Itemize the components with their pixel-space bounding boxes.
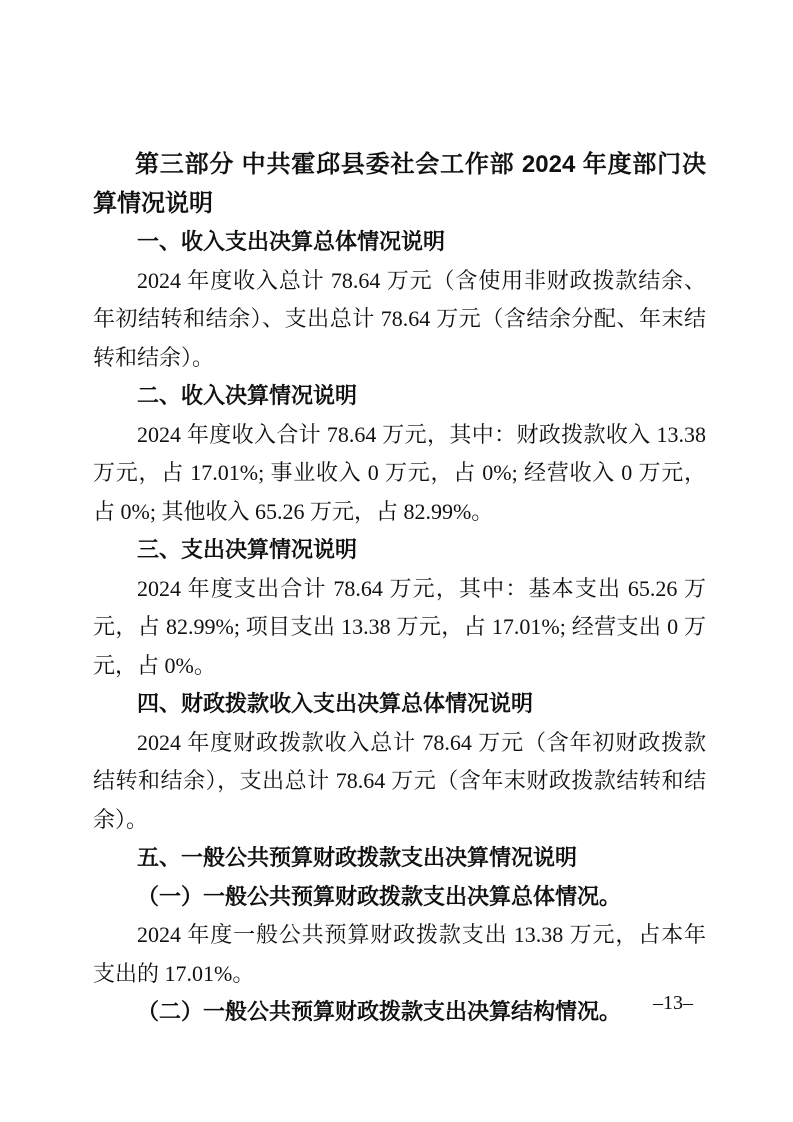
section-4-heading: 四、财政拨款收入支出决算总体情况说明 (93, 685, 706, 724)
page-number: –13– (653, 992, 693, 1014)
section-5-subsection-1-paragraph: 2024 年度一般公共预算财政拨款支出 13.38 万元，占本年支出的 17.0… (93, 916, 706, 993)
document-content: 第三部分 中共霍邱县委社会工作部 2024 年度部门决算情况说明 一、收入支出决… (93, 146, 706, 1032)
section-5-subsection-2-heading: （二）一般公共预算财政拨款支出决算结构情况。 (93, 993, 706, 1032)
section-2-paragraph: 2024 年度收入合计 78.64 万元，其中：财政拨款收入 13.38 万元，… (93, 416, 706, 532)
section-3-paragraph: 2024 年度支出合计 78.64 万元，其中：基本支出 65.26 万元，占 … (93, 570, 706, 686)
section-2-heading: 二、收入决算情况说明 (93, 377, 706, 416)
document-title: 第三部分 中共霍邱县委社会工作部 2024 年度部门决算情况说明 (93, 146, 706, 223)
section-1-heading: 一、收入支出决算总体情况说明 (93, 223, 706, 262)
section-5-heading: 五、一般公共预算财政拨款支出决算情况说明 (93, 839, 706, 878)
section-5-subsection-1-heading: （一）一般公共预算财政拨款支出决算总体情况。 (93, 878, 706, 917)
section-1-paragraph: 2024 年度收入总计 78.64 万元（含使用非财政拨款结余、年初结转和结余）… (93, 262, 706, 378)
section-4-paragraph: 2024 年度财政拨款收入总计 78.64 万元（含年初财政拨款结转和结余），支… (93, 724, 706, 840)
document-page: 第三部分 中共霍邱县委社会工作部 2024 年度部门决算情况说明 一、收入支出决… (0, 0, 793, 1122)
section-3-heading: 三、支出决算情况说明 (93, 531, 706, 570)
